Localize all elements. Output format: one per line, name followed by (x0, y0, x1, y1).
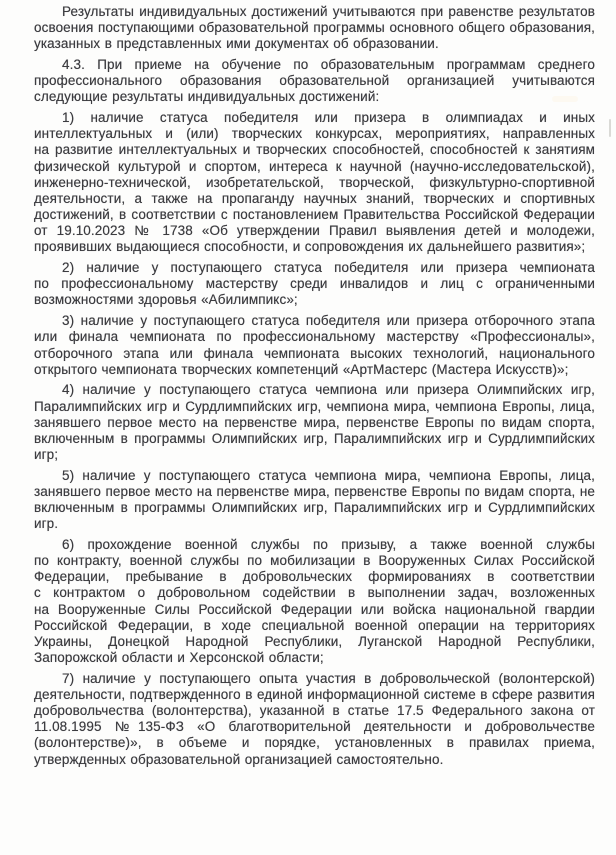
list-item-5: 5) наличие у поступающего статуса чемпио… (34, 468, 595, 533)
scan-artifact-line (609, 119, 611, 137)
list-item-2: 2) наличие у поступающего статуса победи… (34, 260, 595, 308)
paragraph-clause-4-3: 4.3. При приеме на обучение по образоват… (34, 57, 595, 105)
list-item-6: 6) прохождение военной службы по призыву… (34, 537, 595, 666)
paragraph-intro: Результаты индивидуальных достижений учи… (34, 4, 595, 52)
list-item-4: 4) наличие у поступающего статуса чемпио… (34, 382, 595, 463)
list-item-3: 3) наличие у поступающего статуса победи… (34, 313, 595, 378)
document-page: Результаты индивидуальных достижений учи… (0, 0, 616, 855)
list-item-1: 1) наличие статуса победителя или призер… (34, 110, 595, 255)
text-column: Результаты индивидуальных достижений учи… (34, 4, 595, 772)
list-item-7: 7) наличие у поступающего опыта участия … (34, 671, 595, 768)
scan-smudge-artifact (552, 96, 578, 102)
